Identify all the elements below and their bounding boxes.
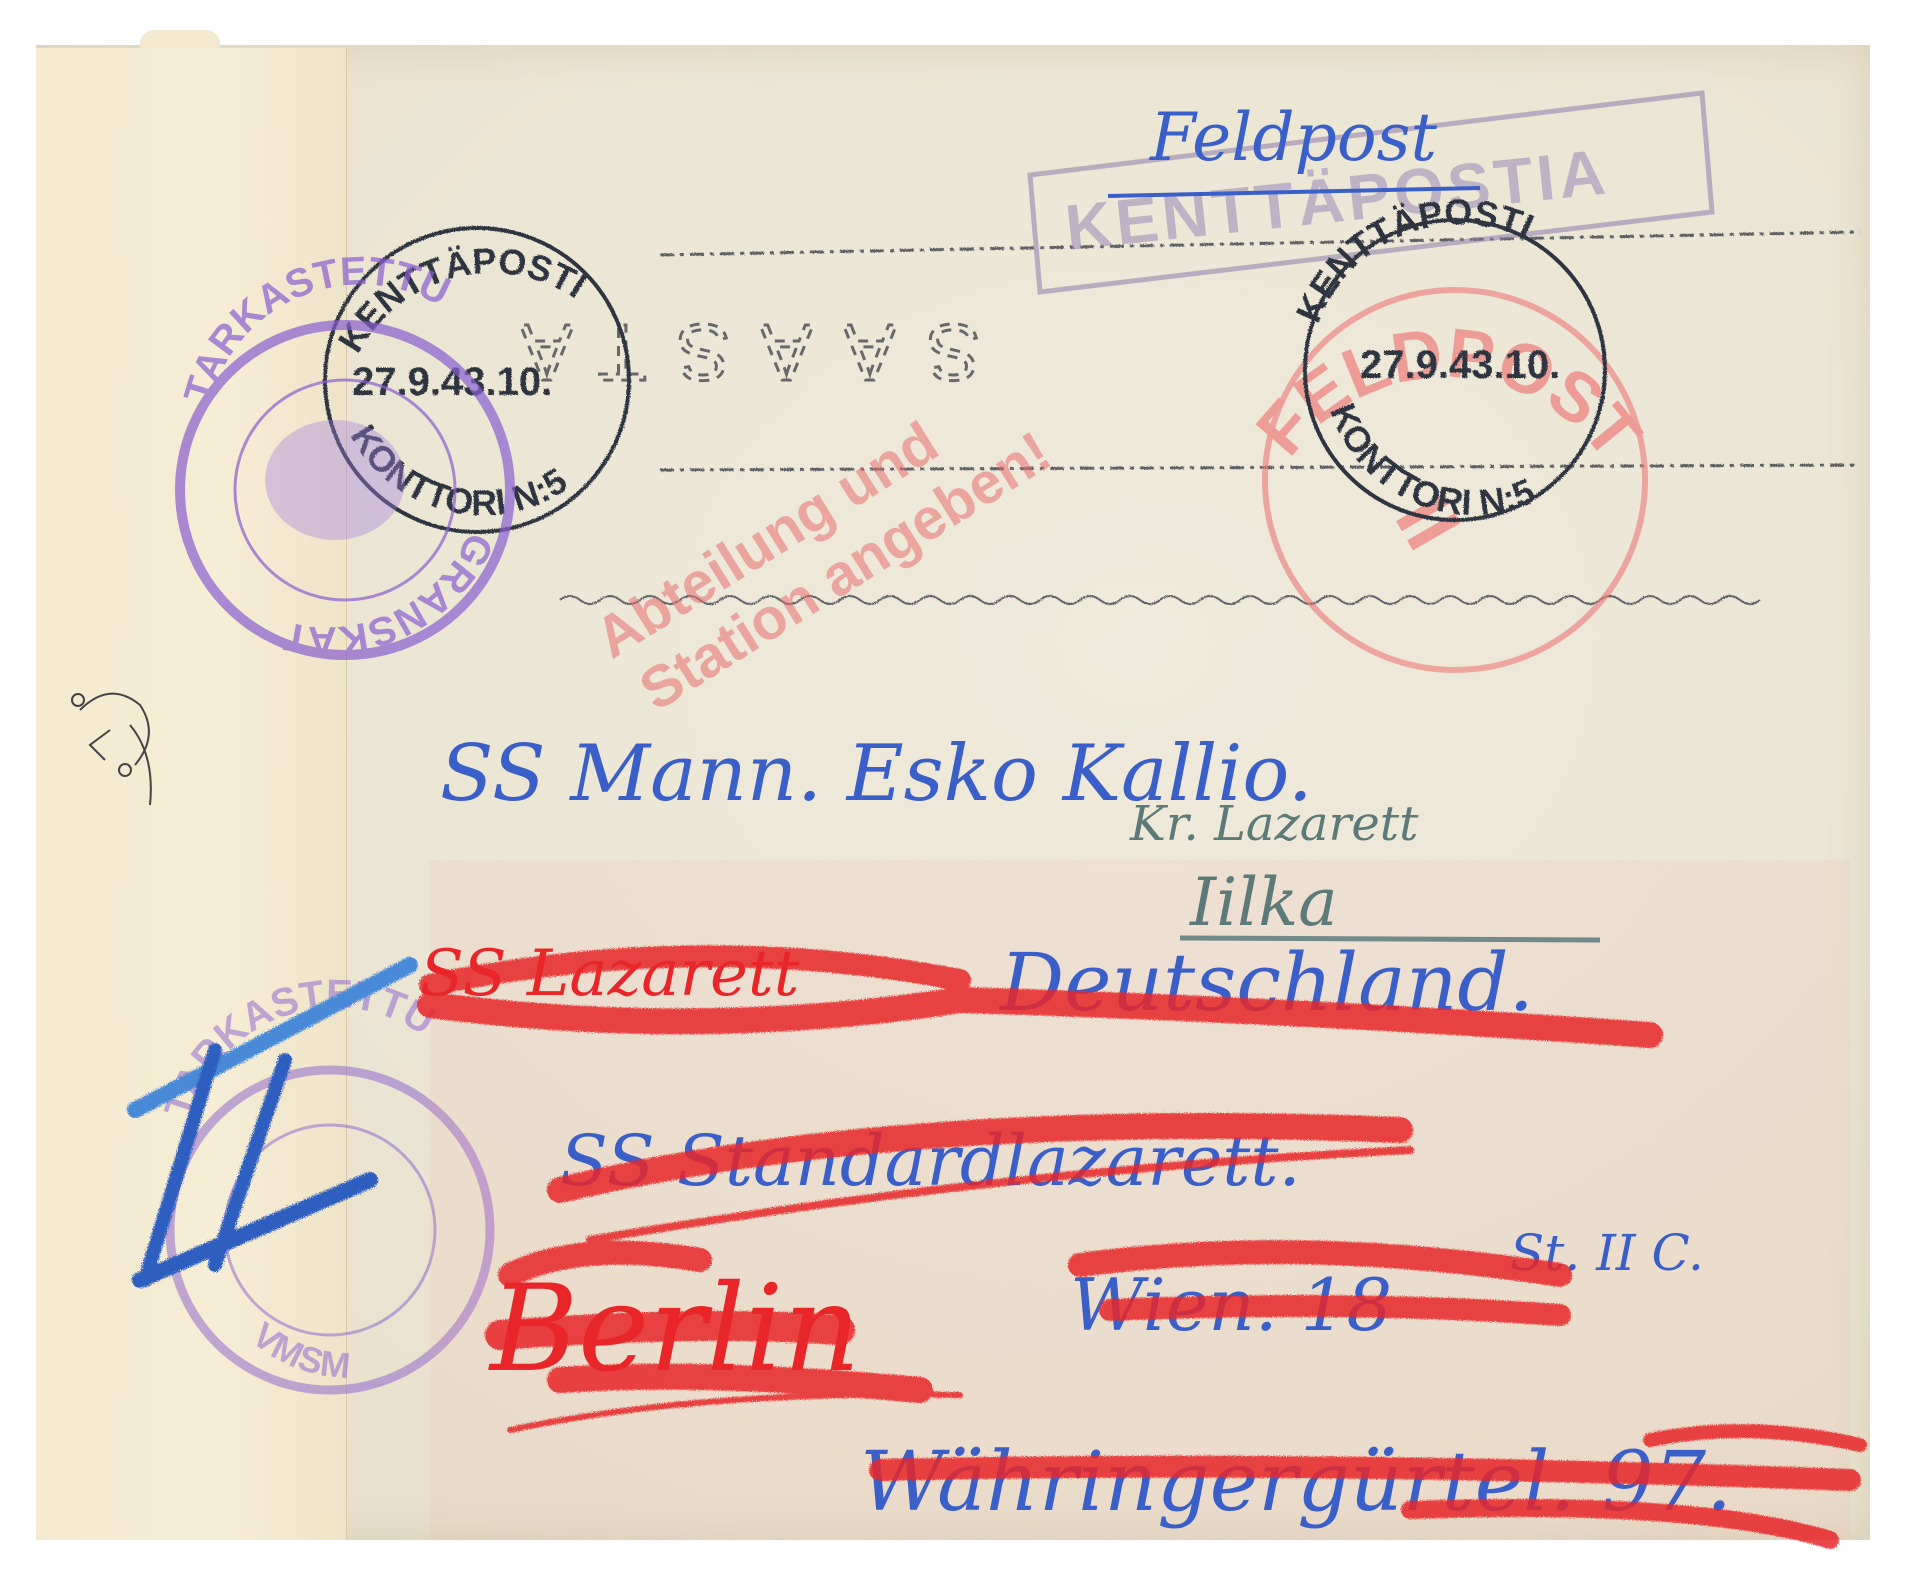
red-instruction-stamp: Abteilung und Station angeben! bbox=[584, 361, 1062, 728]
lion-emblem-icon bbox=[265, 420, 405, 540]
svg-text:27.9.43.10.: 27.9.43.10. bbox=[1360, 343, 1560, 387]
forward-note-1: Kr. Lazarett bbox=[1129, 796, 1419, 852]
forward-note-2: Iilka bbox=[1189, 864, 1338, 941]
machine-slogan: SAASTA bbox=[490, 308, 980, 397]
svg-text:KONTTORI N:5: KONTTORI N:5 bbox=[1322, 398, 1540, 524]
svg-text:FELDPOST: FELDPOST bbox=[1241, 313, 1656, 473]
pencil-doodle-icon bbox=[72, 694, 151, 805]
envelope-markings: SAASTA KENTTÄPOSTIA FELDPOST II KENTTÄPO… bbox=[0, 0, 1920, 1580]
svg-text:Feldpost: Feldpost bbox=[1149, 99, 1437, 176]
